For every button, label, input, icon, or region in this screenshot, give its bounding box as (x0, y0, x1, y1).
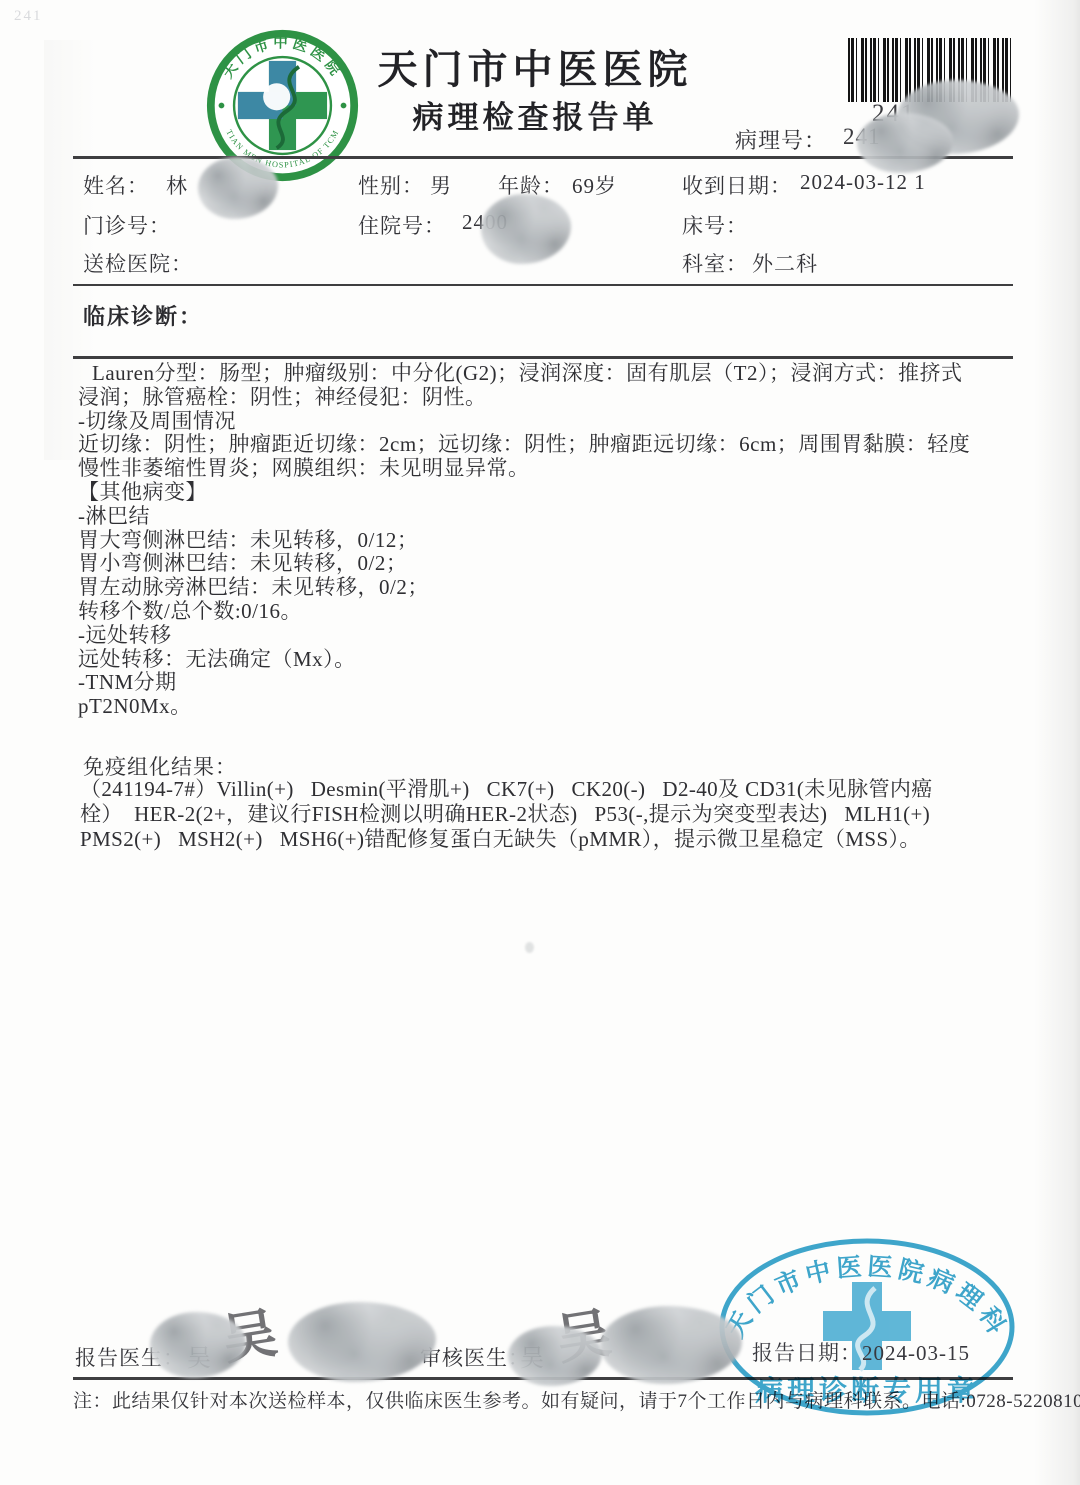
report-line: 慢性非萎缩性胃炎；网膜组织：未见明显异常。 (78, 457, 993, 481)
name-label: 姓名： (83, 170, 149, 200)
report-line: 浸润；脉管癌栓：阴性；神经侵犯：阴性。 (78, 386, 993, 410)
report-line: 胃左动脉旁淋巴结：未见转移，0/2； (78, 576, 993, 600)
divider-diagnosis (73, 356, 1013, 359)
ihc-results-body: （241194-7#）Villin(+) Desmin(平滑肌+) CK7(+)… (80, 777, 1000, 852)
ihc-line: PMS2(+) MSH2(+) MSH6(+)错配修复蛋白无缺失（pMMR），提… (80, 827, 1000, 852)
pathology-stamp: 天门市中医医院病理科 病理诊断专用章 (712, 1232, 1022, 1422)
inpatient-no-label: 住院号： (358, 210, 446, 240)
report-line: Lauren分型：肠型；肿瘤级别：中分化(G2)；浸润深度：固有肌层（T2）；浸… (78, 362, 993, 386)
report-line: -TNM分期 (78, 671, 993, 695)
logo-left-dot (219, 103, 225, 109)
corner-print-through: 241 (14, 8, 43, 25)
department-label: 科室： (682, 248, 748, 278)
clinical-diagnosis-label: 临床诊断： (83, 300, 203, 331)
report-line: pT2N0Mx。 (78, 695, 993, 719)
report-line: 远处转移：无法确定（Mx）。 (78, 648, 993, 672)
gender-value: 男 (430, 170, 452, 200)
scan-dot-artifact (525, 942, 534, 953)
divider-patient (73, 284, 1013, 286)
report-line: -切缘及周围情况 (78, 410, 993, 434)
pathology-no-label: 病理号： (735, 124, 827, 155)
gender-label: 性别： (358, 170, 424, 200)
department-value: 外二科 (752, 248, 818, 278)
report-body: Lauren分型：肠型；肿瘤级别：中分化(G2)；浸润深度：固有肌层（T2）；浸… (78, 362, 993, 719)
received-date-label: 收到日期： (682, 170, 792, 200)
report-line: 转移个数/总个数:0/16。 (78, 600, 993, 624)
report-line: 胃小弯侧淋巴结：未见转移，0/2； (78, 552, 993, 576)
bed-no-label: 床号： (682, 210, 748, 240)
ihc-line: （241194-7#）Villin(+) Desmin(平滑肌+) CK7(+)… (80, 777, 1000, 802)
ihc-line: 栓） HER-2(2+，建议行FISH检测以明确HER-2状态) P53(-,提… (80, 802, 1000, 827)
hospital-name: 天门市中医医院 (360, 38, 710, 95)
report-line: 【其他病变】 (78, 481, 993, 505)
name-value: 林 (166, 170, 188, 200)
report-line: 近切缘：阴性；肿瘤距近切缘：2cm；远切缘：阴性；肿瘤距远切缘：6cm；周围胃黏… (78, 433, 993, 457)
logo-right-dot (341, 103, 347, 109)
sending-hospital-label: 送检医院： (83, 248, 193, 278)
received-date-value: 2024-03-12 1 (800, 170, 926, 195)
outpatient-no-label: 门诊号： (83, 210, 171, 240)
stamp-bottom-text: 病理诊断专用章 (755, 1374, 979, 1407)
report-date: 报告日期：2024-03-15 (752, 1337, 970, 1367)
report-title: 病理检查报告单 (380, 92, 690, 137)
report-date-label: 报告日期： (752, 1341, 862, 1365)
report-line: 胃大弯侧淋巴结：未见转移，0/12； (78, 529, 993, 553)
report-line: -远处转移 (78, 624, 993, 648)
report-date-value: 2024-03-15 (862, 1341, 970, 1365)
report-line: -淋巴结 (78, 505, 993, 529)
pathology-report-scan: { "page": { "corner_mark": "241" }, "log… (0, 0, 1080, 1485)
age-value: 69岁 (572, 170, 617, 200)
